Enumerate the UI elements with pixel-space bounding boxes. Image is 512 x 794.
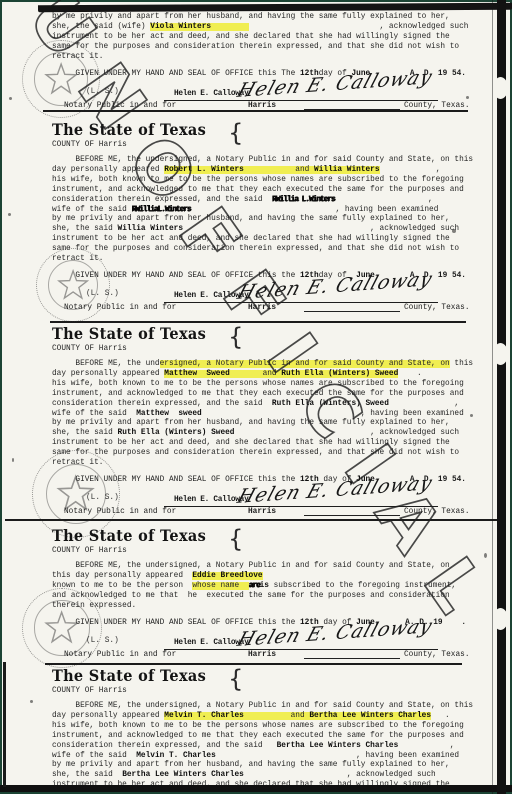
typed-text: ,: [389, 400, 459, 408]
person-name: Matthew sweed: [136, 410, 202, 418]
person-name: Robert L. Winters: [164, 166, 244, 174]
typed-line: she, the said Willia Winters , acknowled…: [52, 225, 492, 235]
notary-signature-row: (L. S.)Helen E. CallowayHelen E. Callowa…: [52, 80, 492, 102]
typed-line: his wife, both known to me to be the per…: [52, 176, 492, 186]
scanned-document-page: by me privily and apart from her husband…: [0, 0, 512, 794]
typed-line: retract it.: [52, 255, 492, 265]
typed-text: his wife, both known to me to be the per…: [52, 176, 464, 184]
typed-text: instrument to be her act and deed, and s…: [52, 235, 450, 243]
acknowledgment-paragraph: BEFORE ME, the undersigned, a Notary Pub…: [52, 360, 492, 469]
typed-line: and acknowledged to me that he executed …: [52, 592, 492, 602]
typed-text: and acknowledged to me that he executed …: [52, 592, 450, 600]
person-name: Bertha Lee Winters Charles: [122, 771, 244, 779]
typed-text: ,: [398, 742, 454, 750]
scan-bottom-edge-bar: [0, 785, 512, 792]
scan-top-edge-bar: [38, 3, 512, 12]
signature-underline: [164, 100, 438, 101]
typed-text: instrument, and acknowledged to me that …: [52, 732, 464, 740]
typed-text: she, the said: [52, 429, 118, 437]
section-header: The State of Texas{: [52, 122, 492, 140]
typed-line: therein expressed.: [52, 602, 492, 612]
typed-text: , acknowledged such: [244, 771, 436, 779]
typed-text: wife of the said: [52, 752, 136, 760]
typed-text: this day personally appeared: [52, 572, 192, 580]
scan-speck: [8, 213, 11, 216]
typed-line: instrument to be her act and deed, and s…: [52, 33, 492, 43]
typed-text: BEFORE ME, the undersigned, a Notary Pub…: [52, 156, 473, 164]
typed-line: instrument to be her act and deed, and s…: [52, 235, 492, 245]
typed-line: retract it.: [52, 53, 492, 63]
notary-signature-row: (L. S.)Helen E. CallowayHelen E. Callowa…: [52, 629, 492, 651]
typed-line: retract it.: [52, 459, 492, 469]
typed-line: day personally appeared Melvin T. Charle…: [52, 712, 492, 722]
signature-underline: [164, 302, 438, 303]
seal-star-icon: [42, 608, 81, 647]
acknowledgment-paragraph: BEFORE ME, the undersigned, a Notary Pub…: [52, 156, 492, 265]
county-texas-label: County, Texas.: [404, 304, 470, 312]
seal-inner-ring: [34, 600, 89, 655]
typed-line: wife of the said RWilliaL.Winters , havi…: [52, 206, 492, 216]
page-edge-line: [492, 0, 493, 794]
typed-line: wife of the said Melvin T. Charles , hav…: [52, 752, 492, 762]
county-blank-rule: [304, 658, 400, 659]
typed-text: same for the purposes and consideration …: [52, 245, 459, 253]
brace-glyph: {: [228, 122, 243, 144]
typed-line: his wife, both known to me to be the per…: [52, 722, 492, 732]
typed-line: by me privily and apart from her husband…: [52, 419, 492, 429]
typed-line: day personally appeared Matthew Sweed an…: [52, 370, 492, 380]
county-texas-label: County, Texas.: [404, 508, 470, 516]
person-name: Melvin T. Charles: [164, 712, 244, 720]
state-of-texas-title: The State of Texas: [52, 668, 206, 685]
section-divider: [43, 110, 468, 112]
county-line: COUNTY OF Harris: [52, 344, 492, 354]
seal-star-icon: [55, 267, 91, 303]
notary-seal-stamp: [22, 40, 100, 118]
notary-title-row: Notary Public in and forHarrisCounty, Te…: [52, 508, 492, 519]
typed-text: , acknowledged such: [249, 23, 469, 31]
section-divider: [45, 663, 462, 665]
typed-line: same for the purposes and consideration …: [52, 43, 492, 53]
typed-line: she, the said (wife) Viola Winters , ack…: [52, 23, 492, 33]
notary-seal-stamp: [36, 248, 110, 322]
acknowledgment-section-viola-winters-tail: by me privily and apart from her husband…: [52, 13, 492, 113]
seal-inner-ring: [34, 52, 88, 106]
person-name: Ruth Ella (Winters) Sweed: [118, 429, 235, 437]
typed-text: day personally appeared: [52, 166, 164, 174]
county-line: COUNTY OF Harris: [52, 546, 492, 556]
typed-text: ersigned, a Notary Public in and for sai…: [160, 360, 450, 368]
typed-text: she, the said (wife): [52, 23, 150, 31]
typed-text: , acknowledged such: [235, 429, 460, 437]
seal-inner-ring: [48, 260, 99, 311]
person-name: Bertha Lee Winters Charles: [309, 712, 431, 720]
typed-line: his wife, both known to me to be the per…: [52, 380, 492, 390]
typed-line: instrument, and acknowledged to me that …: [52, 732, 492, 742]
typed-line: BEFORE ME, the undersigned, a Notary Pub…: [52, 562, 492, 572]
scan-speck: [484, 553, 487, 558]
seal-star-icon: [42, 60, 80, 98]
acknowledgment-paragraph: BEFORE ME, the undersigned, a Notary Pub…: [52, 562, 492, 612]
binder-hole-notch: [493, 608, 508, 630]
typed-text: instrument to be her act and deed, and s…: [52, 33, 450, 41]
typed-line: same for the purposes and consideration …: [52, 245, 492, 255]
typed-text: by me privily and apart from her husband…: [52, 761, 450, 769]
typed-text: and: [244, 166, 314, 174]
typed-text: instrument to be her act and deed, and s…: [52, 439, 450, 447]
typed-line: instrument, and acknowledged to me that …: [52, 186, 492, 196]
scan-left-edge-line: [3, 662, 6, 787]
typed-line: consideration therein expressed, and the…: [52, 196, 492, 206]
person-name: Eddie Breedlove: [192, 572, 262, 580]
scan-speck: [452, 229, 456, 233]
typed-text: [211, 23, 248, 31]
typed-text: BEFORE ME, the und: [52, 360, 160, 368]
typed-text: consideration therein expressed, and the…: [52, 196, 272, 204]
notary-county-name: Harris: [248, 102, 276, 110]
typed-line: consideration therein expressed, and the…: [52, 400, 492, 410]
notary-county-name: Harris: [248, 304, 276, 312]
typed-text: .: [398, 370, 421, 378]
typed-text: day personally appeared: [52, 370, 164, 378]
county-line: COUNTY OF Harris: [52, 686, 492, 696]
typed-line: BEFORE ME, the undersigned, a Notary Pub…: [52, 360, 492, 370]
typed-line: by me privily and apart from her husband…: [52, 13, 492, 23]
typed-text: same for the purposes and consideration …: [52, 43, 459, 51]
scan-speck: [9, 97, 12, 100]
county-line: COUNTY OF Harris: [52, 140, 492, 150]
typed-text: instrument, and acknowledged to me that …: [52, 186, 464, 194]
typed-text: , acknowledged such: [183, 225, 459, 233]
typed-line: she, the said Bertha Lee Winters Charles…: [52, 771, 492, 781]
typed-text: same for the purposes and consideration …: [52, 449, 459, 457]
typed-text: whose name: [192, 582, 248, 590]
section-header: The State of Texas{: [52, 528, 492, 546]
typed-text: , having been examined: [202, 410, 464, 418]
typed-text: his wife, both known to me to be the per…: [52, 380, 464, 388]
acknowledgment-paragraph: BEFORE ME, the undersigned, a Notary Pub…: [52, 702, 492, 791]
scan-speck: [470, 414, 473, 417]
typed-line: BEFORE ME, the undersigned, a Notary Pub…: [52, 702, 492, 712]
typed-text: .: [431, 712, 450, 720]
section-header: The State of Texas{: [52, 668, 492, 686]
typed-text: BEFORE ME, the undersigned, a Notary Pub…: [52, 562, 450, 570]
typed-line: known to me to be the person whose name …: [52, 582, 492, 592]
brace-glyph: {: [228, 668, 243, 690]
brace-glyph: {: [228, 528, 243, 550]
seal-inner-ring: [46, 464, 106, 524]
typed-text: consideration therein expressed, and the…: [52, 400, 272, 408]
notary-county-name: Harris: [248, 651, 276, 659]
county-blank-rule: [304, 515, 400, 516]
typed-text: she, the said: [52, 771, 122, 779]
section-divider: [50, 321, 466, 323]
typed-line: this day personally appeared Eddie Breed…: [52, 572, 492, 582]
acknowledgment-paragraph: by me privily and apart from her husband…: [52, 13, 492, 63]
typed-text: and: [244, 712, 310, 720]
notary-title-row: Notary Public in and forHarrisCounty, Te…: [52, 651, 492, 662]
notary-seal-stamp: [32, 450, 120, 538]
scan-speck: [30, 700, 33, 703]
brace-glyph: {: [228, 326, 243, 348]
person-name: Ruth Ella (Winters) Sweed: [281, 370, 398, 378]
overtyped-text: are: [249, 582, 260, 590]
county-texas-label: County, Texas.: [404, 102, 470, 110]
overtyped-text: RWilliaL.Winters: [132, 206, 191, 214]
binder-hole-notch: [493, 77, 508, 99]
typed-line: instrument, and acknowledged to me that …: [52, 390, 492, 400]
typed-line: by me privily and apart from her husband…: [52, 761, 492, 771]
typed-line: she, the said Ruth Ella (Winters) Sweed …: [52, 429, 492, 439]
notary-seal-stamp: [22, 588, 102, 668]
person-name: Willia Winters: [118, 225, 184, 233]
person-name: Viola Winters: [150, 23, 211, 31]
signature-underline: [164, 506, 438, 507]
typed-line: BEFORE ME, the undersigned, a Notary Pub…: [52, 156, 492, 166]
county-blank-rule: [304, 311, 400, 312]
typed-line: consideration therein expressed, and the…: [52, 742, 492, 752]
typed-text: by me privily and apart from her husband…: [52, 215, 450, 223]
person-name: Willia Winters: [314, 166, 380, 174]
typed-text: wife of the said: [52, 410, 136, 418]
typed-text: ,: [334, 196, 432, 204]
typed-text: instrument, and acknowledged to me that …: [52, 390, 464, 398]
typed-text: day personally appeared: [52, 712, 164, 720]
state-of-texas-title: The State of Texas: [52, 326, 206, 343]
typed-text: BEFORE ME, the undersigned, a Notary Pub…: [52, 702, 473, 710]
notary-signature-row: (L. S.)Helen E. CallowayHelen E. Callowa…: [52, 282, 492, 304]
person-name: Matthew Sweed: [164, 370, 230, 378]
typed-line: by me privily and apart from her husband…: [52, 215, 492, 225]
acknowledgment-section-melvin-bertha-charles: The State of Texas{COUNTY OF Harris BEFO…: [52, 668, 492, 791]
typed-line: wife of the said Matthew sweed , having …: [52, 410, 492, 420]
county-texas-label: County, Texas.: [404, 651, 470, 659]
seal-star-icon: [54, 472, 97, 515]
scan-speck: [466, 96, 469, 99]
person-name: is: [260, 582, 269, 590]
binder-hole-notch: [493, 343, 508, 365]
typed-text: , having been examined: [216, 752, 459, 760]
overtyped-text: RWillia L.Winters: [272, 196, 335, 204]
typed-text: his wife, both known to me to be the per…: [52, 722, 464, 730]
acknowledgment-section-eddie-breedlove: The State of Texas{COUNTY OF Harris BEFO…: [52, 528, 492, 662]
person-name: Bertha Lee Winters Charles: [277, 742, 399, 750]
typed-text: consideration therein expressed, and the…: [52, 742, 277, 750]
person-name: Melvin T. Charles: [136, 752, 216, 760]
typed-text: and: [230, 370, 281, 378]
section-header: The State of Texas{: [52, 326, 492, 344]
typed-text: this: [450, 360, 473, 368]
notary-title-row: Notary Public in and forHarrisCounty, Te…: [52, 304, 492, 315]
typed-text: by me privily and apart from her husband…: [52, 419, 450, 427]
typed-line: same for the purposes and consideration …: [52, 449, 492, 459]
state-of-texas-title: The State of Texas: [52, 122, 206, 139]
typed-text: wife of the said: [52, 206, 132, 214]
scan-right-edge-bar: [497, 0, 506, 794]
notary-county-name: Harris: [248, 508, 276, 516]
typed-text: ,: [380, 166, 441, 174]
person-name: Ruth Ella (Winters) Sweed: [272, 400, 389, 408]
typed-text: by me privily and apart from her husband…: [52, 13, 450, 21]
scan-speck: [12, 458, 14, 462]
typed-text: , having been examined: [190, 206, 438, 214]
typed-line: day personally appeared Robert L. Winter…: [52, 166, 492, 176]
typed-text: she, the said: [52, 225, 118, 233]
acknowledgment-section-robert-willia-winters: The State of Texas{COUNTY OF Harris BEFO…: [52, 122, 492, 315]
typed-line: instrument to be her act and deed, and s…: [52, 439, 492, 449]
typed-text: subscribed to the foregoing instrument,: [269, 582, 456, 590]
signature-underline: [164, 649, 438, 650]
